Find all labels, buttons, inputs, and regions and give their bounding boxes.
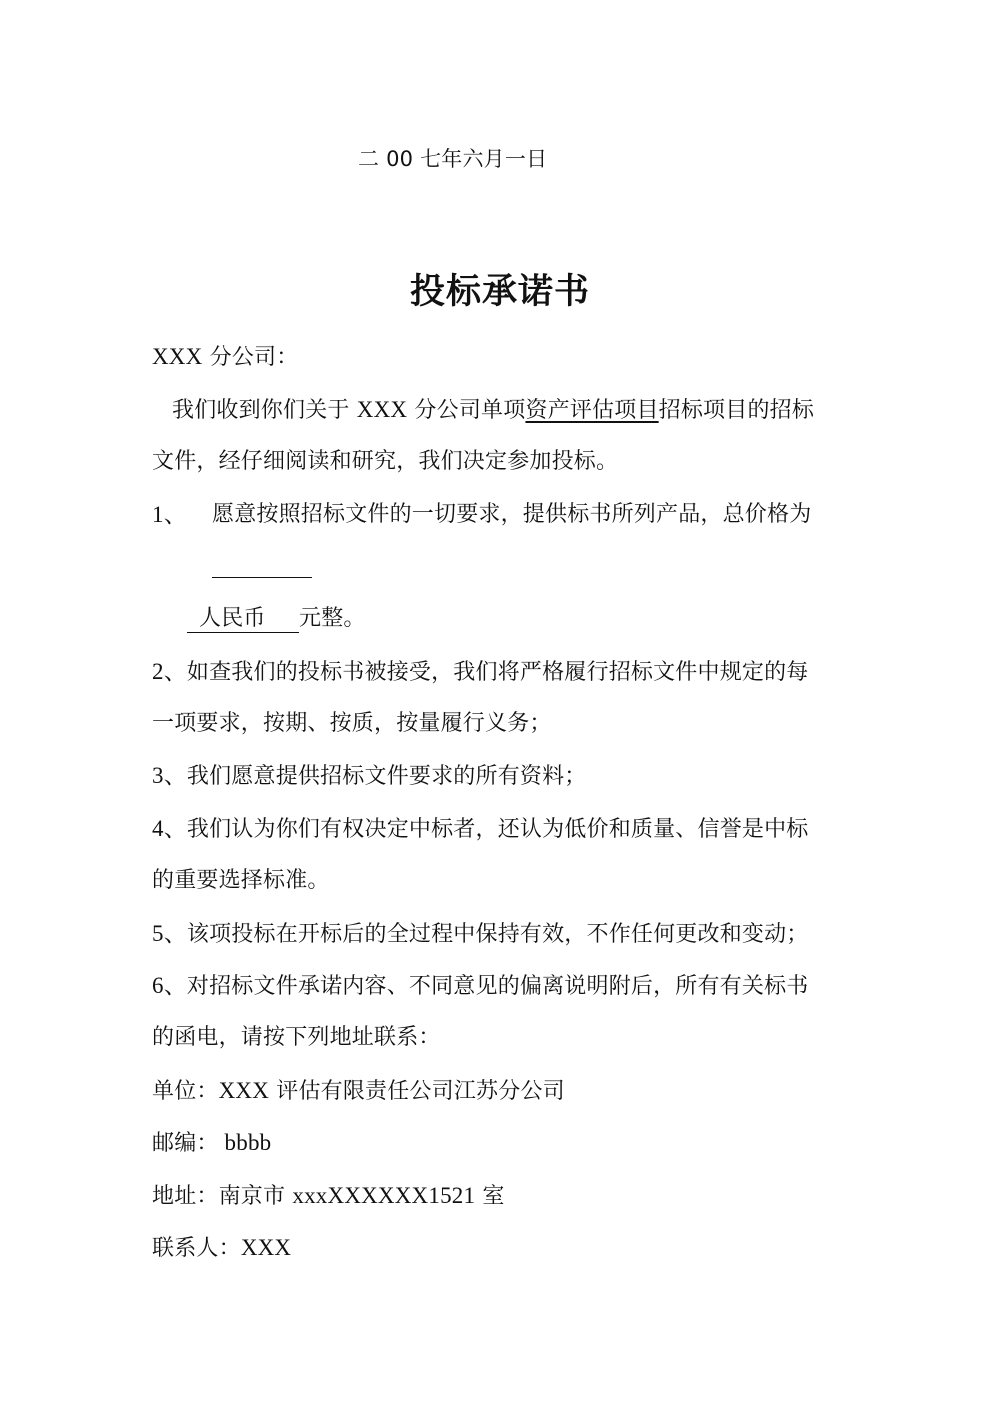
item-4: 4、我们认为你们有权决定中标者，还认为低价和质量、信誉是中标 [152,814,809,845]
project-name-underlined: 资产评估项目 [525,398,658,423]
salutation-suffix: 分公司： [202,345,298,370]
item-5: 5、该项投标在开标后的全过程中保持有效，不作任何更改和变动； [152,919,809,950]
contact-postcode-value: bbbb [219,1130,272,1155]
document-title: 投标承诺书 [0,270,1000,314]
document-page: 二 00 七年六月一日 投标承诺书 XXX 分公司： 我们收到你们关于 XXX … [0,0,1000,1415]
item-6-line-2: 的函电，请按下列地址联系： [152,1023,441,1053]
item-number: 4、 [152,816,187,841]
contact-unit: 单位：XXX 评估有限责任公司江苏分公司 [152,1076,565,1107]
item-1-text: 愿意按照招标文件的一切要求，提供标书所列产品，总价格为 [212,500,811,530]
contact-unit-company: XXX [219,1078,269,1103]
contact-person-value: XXX [241,1235,291,1260]
item-text: 对招标文件承诺内容、不同意见的偏离说明附后，所有有关标书 [187,974,809,999]
item-4-line-2: 的重要选择标准。 [152,866,330,896]
item-text: 该项投标在开标后的全过程中保持有效，不作任何更改和变动； [187,922,809,947]
item-text: 我们愿意提供招标文件要求的所有资料； [187,764,587,789]
contact-address-label: 地址： [152,1184,219,1209]
contact-unit-label: 单位： [152,1079,219,1104]
item-number: 5、 [152,921,187,946]
contact-address-detail: xxxXXXXXX1521 [292,1183,475,1208]
item-2-line-2: 一项要求，按期、按质，按量履行义务； [152,709,552,739]
contact-postcode-label: 邮编： [152,1131,219,1156]
item-text: 如查我们的投标书被接受，我们将严格履行招标文件中规定的每 [187,660,809,685]
price-blank-field [212,577,312,578]
contact-postcode: 邮编： bbbb [152,1128,271,1159]
item-1-currency-line: 人民币元整。 [187,604,366,634]
currency-underlined: 人民币 [187,606,299,633]
item-number: 6、 [152,973,187,998]
contact-person-label: 联系人： [152,1236,241,1261]
item-text: 我们认为你们有权决定中标者，还认为低价和质量、信誉是中标 [187,817,809,842]
item-1: 1、 [152,500,187,531]
item-6: 6、对招标文件承诺内容、不同意见的偏离说明附后，所有有关标书 [152,971,809,1002]
contact-address-city: 南京市 [219,1184,293,1209]
item-2: 2、如查我们的投标书被接受，我们将严格履行招标文件中规定的每 [152,657,809,688]
intro-line-1: 我们收到你们关于 XXX 分公司单项资产评估项目招标项目的招标 [172,395,814,426]
intro-text: 分公司单项 [407,398,525,423]
intro-text: 招标项目的招标 [659,398,814,423]
intro-company: XXX [357,397,407,422]
salutation: XXX 分公司： [152,342,298,373]
contact-unit-value: 评估有限责任公司江苏分公司 [269,1079,565,1104]
item-number: 2、 [152,659,187,684]
currency-unit: 元整。 [299,606,366,631]
intro-text: 我们收到你们关于 [172,398,357,423]
item-number: 1、 [152,502,187,527]
contact-person: 联系人：XXX [152,1233,291,1264]
item-3: 3、我们愿意提供招标文件要求的所有资料； [152,761,587,792]
document-date: 二 00 七年六月一日 [358,144,547,174]
intro-line-2: 文件，经仔细阅读和研究，我们决定参加投标。 [152,447,618,477]
contact-address: 地址：南京市 xxxXXXXXX1521 室 [152,1181,505,1212]
item-number: 3、 [152,763,187,788]
salutation-company: XXX [152,344,202,369]
contact-address-suffix: 室 [475,1184,504,1209]
